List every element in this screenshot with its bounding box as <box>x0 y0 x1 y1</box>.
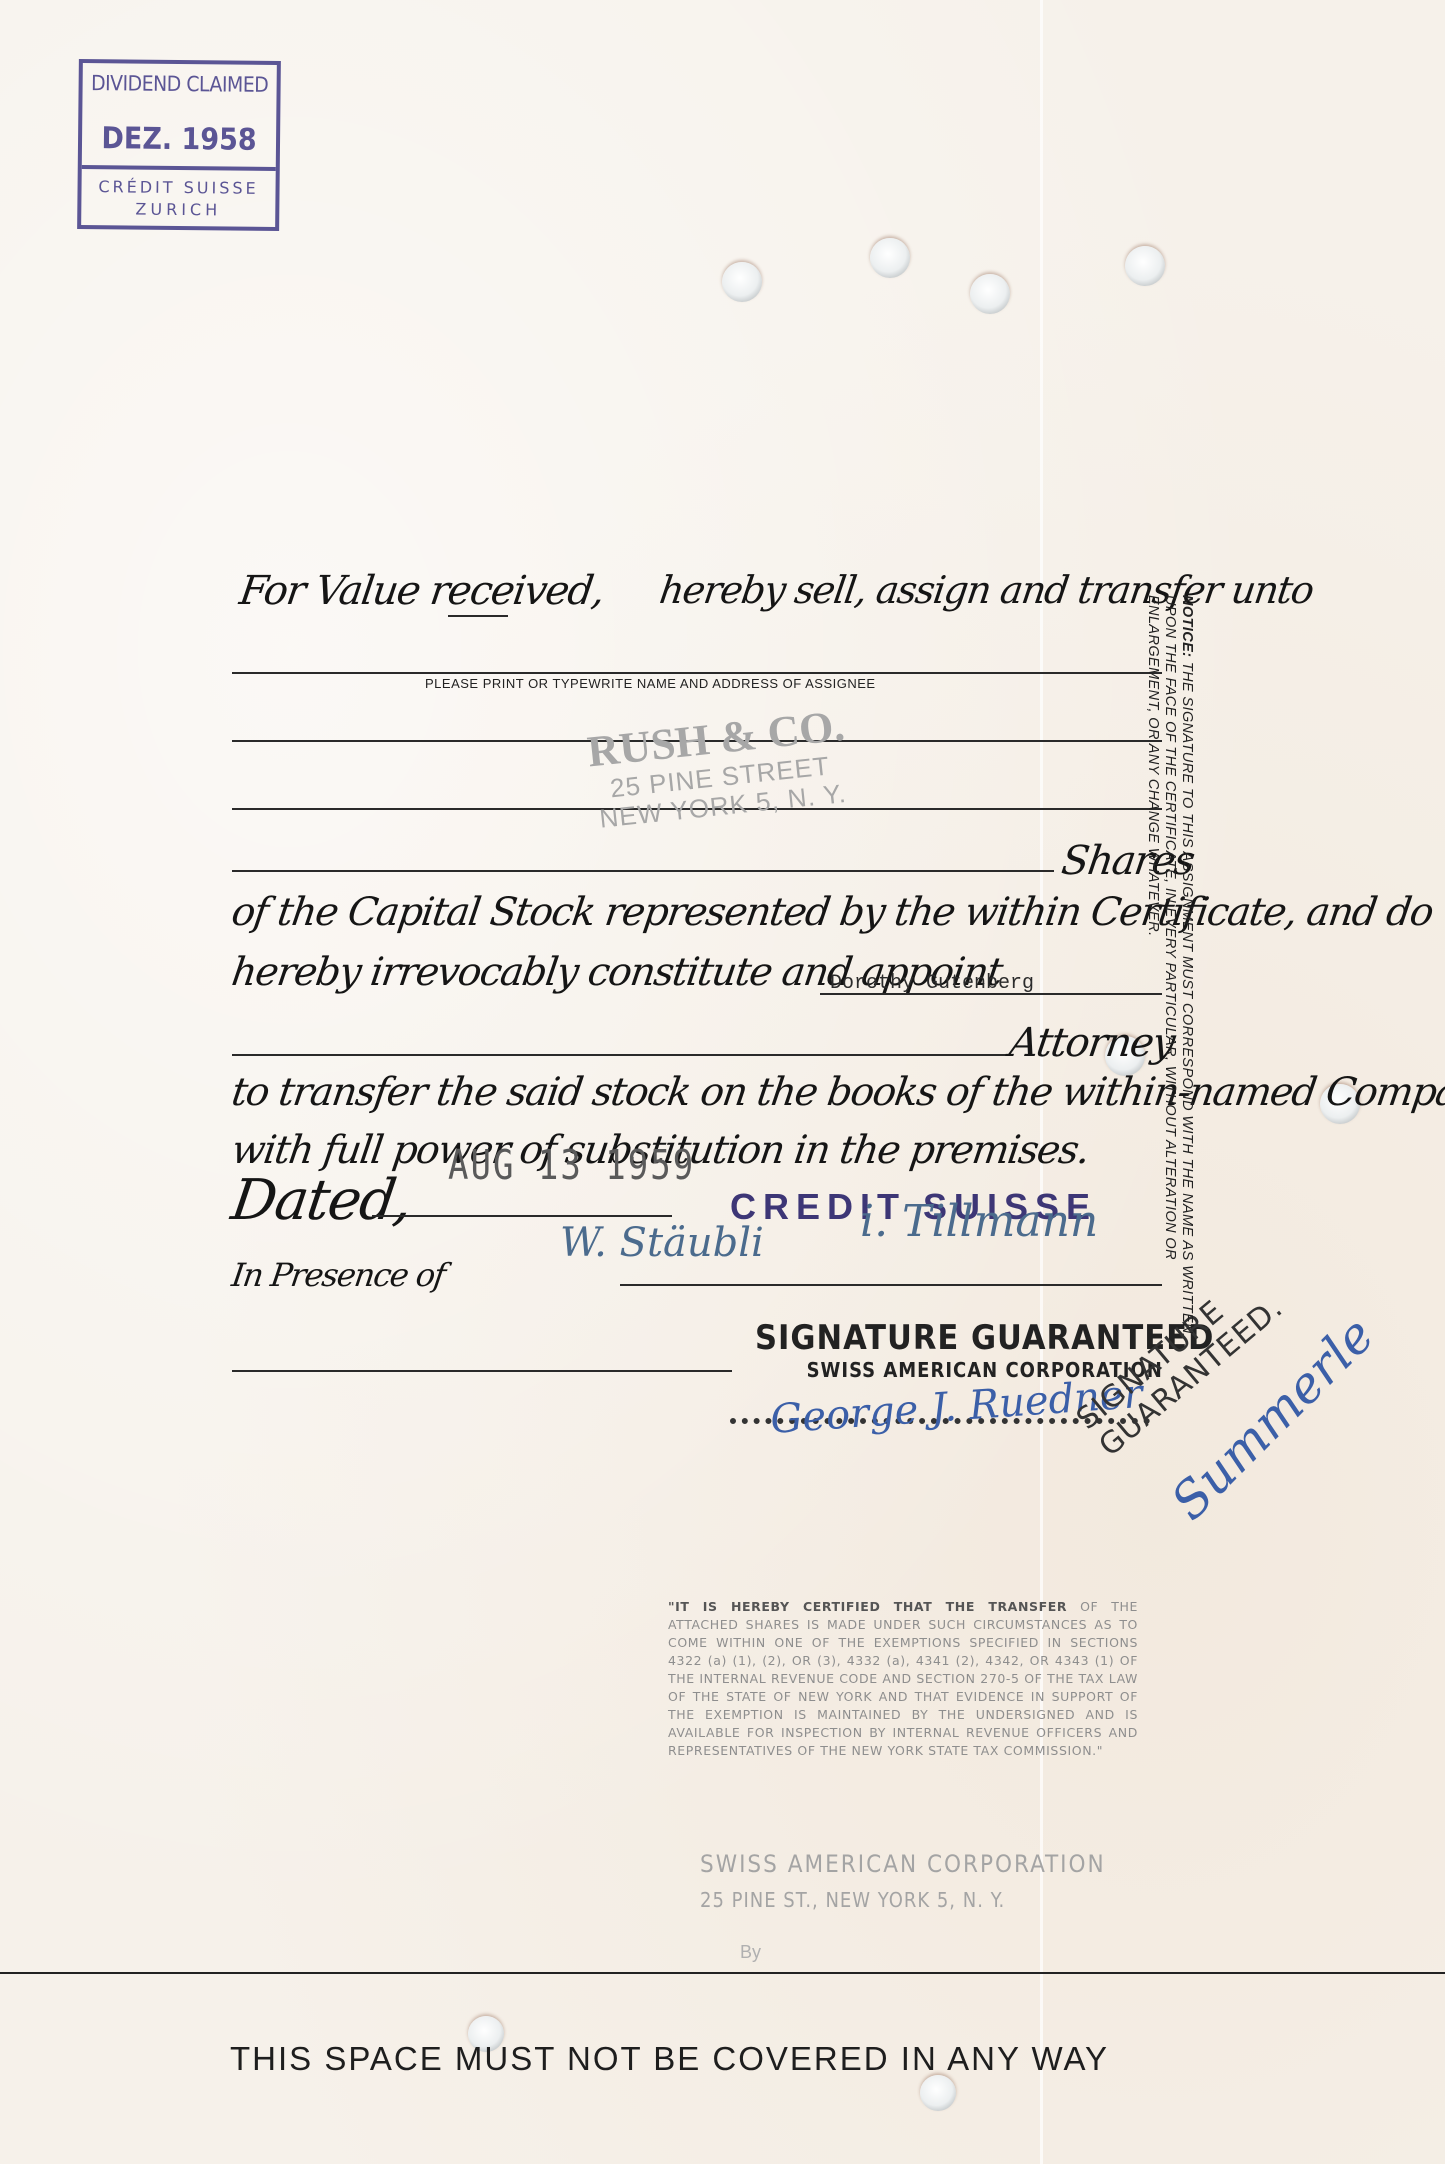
dividend-claimed-stamp: DIVIDEND CLAIMED DEZ. 1958 CRÉDIT SUISSE… <box>77 59 281 231</box>
dated-label: Dated, <box>227 1168 415 1233</box>
signature-notice: NOTICE: THE SIGNATURE TO THIS ASSIGNMENT… <box>1144 595 1195 1355</box>
broker-address-stamp: RUSH & CO. 25 PINE STREET NEW YORK 5, N.… <box>585 702 853 834</box>
transfer-line: to transfer the said stock on the books … <box>229 1070 1445 1115</box>
witness-line[interactable] <box>232 1370 732 1372</box>
capital-stock-line: of the Capital Stock represented by the … <box>229 890 1435 935</box>
punch-hole <box>970 274 1010 314</box>
in-presence-of-label: In Presence of <box>229 1256 447 1294</box>
cert-opening: "IT IS HEREBY CERTIFIED THAT THE TRANSFE… <box>668 1599 1067 1614</box>
bottom-rule <box>0 1972 1445 1974</box>
signature-line[interactable] <box>620 1284 1162 1286</box>
cert-corporation: SWISS AMERICAN CORPORATION <box>700 1850 1106 1878</box>
assignee-caption: PLEASE PRINT OR TYPEWRITE NAME AND ADDRE… <box>425 676 876 691</box>
stamp-city: ZURICH <box>81 199 275 220</box>
punch-hole <box>870 238 910 278</box>
for-value-received: For Value received, <box>237 568 607 614</box>
attorney-name: Dorothy Gutenberg <box>830 972 1034 995</box>
stamp-dividend-claimed: DIVIDEND CLAIMED <box>83 71 277 97</box>
attorney-name-line[interactable] <box>820 993 1162 995</box>
shares-count-line[interactable] <box>232 870 1054 872</box>
do-not-cover-notice: THIS SPACE MUST NOT BE COVERED IN ANY WA… <box>230 2040 1109 2078</box>
cert-by-label: By <box>740 1942 761 1963</box>
dated-line[interactable] <box>372 1215 672 1217</box>
assignee-line-1[interactable] <box>232 672 1162 674</box>
punch-hole <box>1125 246 1165 286</box>
cert-address: 25 PINE ST., NEW YORK 5, N. Y. <box>700 1888 1005 1912</box>
notice-text: THE SIGNATURE TO THIS ASSIGNMENT MUST CO… <box>1145 595 1195 1334</box>
notice-label: NOTICE: <box>1179 595 1195 657</box>
stamp-date: DEZ. 1958 <box>82 121 276 158</box>
sell-assign-transfer: hereby sell, assign and transfer unto <box>657 568 1316 612</box>
punch-hole <box>920 2075 956 2111</box>
signature-1: W. Stäubli <box>560 1220 764 1266</box>
stamp-divider <box>82 165 276 171</box>
tax-exemption-certificate: "IT IS HEREBY CERTIFIED THAT THE TRANSFE… <box>668 1598 1138 1760</box>
date-stamp: AUG 13 1959 <box>448 1142 695 1190</box>
stamp-bank: CRÉDIT SUISSE <box>81 177 275 198</box>
attorney-line-2[interactable] <box>232 1054 1012 1056</box>
signature-2: i. Tillmann <box>860 1196 1098 1247</box>
assignor-blank <box>448 615 508 617</box>
cert-body: OF THE ATTACHED SHARES IS MADE UNDER SUC… <box>668 1599 1138 1758</box>
punch-hole <box>722 262 762 302</box>
